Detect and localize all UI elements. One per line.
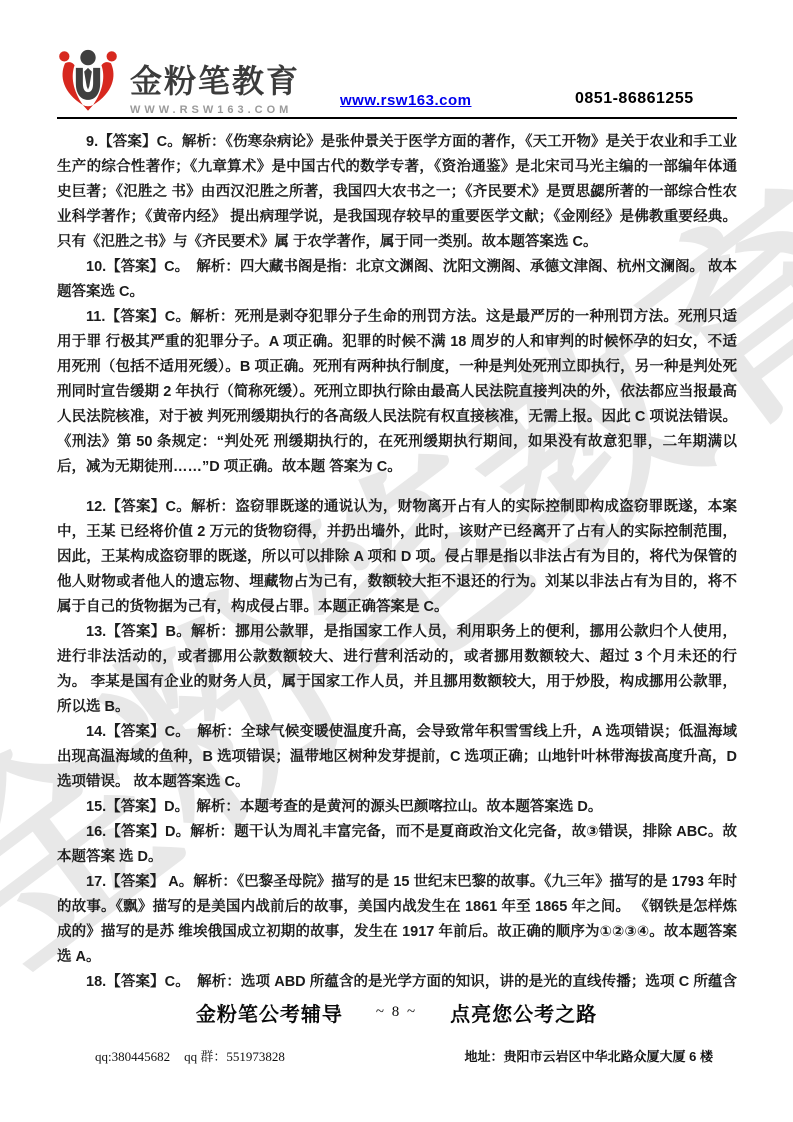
brand-text-block: 金粉笔教育 WWW.RSW163.COM (130, 47, 300, 116)
answer-paragraph-16: 16.【答案】D。解析：题干认为周礼丰富完备，而不是夏商政治文化完备，故③错误，… (57, 820, 737, 870)
footer-contact-row: qq:380445682qq 群：551973828 地址：贵阳市云岩区中华北路… (95, 1046, 713, 1065)
phone-number: 0851-86861255 (575, 90, 694, 108)
brand-logo: 金粉笔教育 WWW.RSW163.COM (56, 47, 300, 116)
answer-paragraph-18: 18.【答案】C。 解析：选项 ABD 所蕴含的是光学方面的知识，讲的是光的直线… (57, 970, 737, 992)
answer-paragraph-10: 10.【答案】C。 解析：四大藏书阁是指：北京文渊阁、沈阳文溯阁、承德文津阁、杭… (57, 255, 737, 305)
header-divider (57, 117, 737, 119)
footer-qq-group: qq 群：551973828 (184, 1049, 285, 1064)
answer-paragraph-11: 11.【答案】C。解析：死刑是剥夺犯罪分子生命的刑罚方法。这是最严厉的一种刑罚方… (57, 305, 737, 480)
footer-address: 地址：贵阳市云岩区中华北路众厦大厦 6 楼 (465, 1046, 713, 1065)
footer-banner: 金粉笔公考辅导 ~ 8 ~ 点亮您公考之路 (0, 998, 793, 1027)
brand-mark-icon (56, 47, 120, 113)
brand-name: 金粉笔教育 (130, 65, 300, 99)
footer-slogan: 点亮您公考之路 (450, 998, 597, 1027)
answer-paragraph-14: 14.【答案】C。 解析：全球气候变暖使温度升高，会导致常年积雪雪线上升，A 选… (57, 720, 737, 795)
answer-paragraph-12: 12.【答案】C。解析：盗窃罪既遂的通说认为，财物离开占有人的实际控制即构成盗窃… (57, 495, 737, 620)
answer-paragraph-17: 17.【答案】 A。解析：《巴黎圣母院》描写的是 15 世纪末巴黎的故事。《九三… (57, 870, 737, 970)
answer-paragraph-13: 13.【答案】B。解析：挪用公款罪，是指国家工作人员，利用职务上的便利，挪用公款… (57, 620, 737, 720)
page-header: 金粉笔教育 WWW.RSW163.COM www.rsw163.com 0851… (0, 0, 793, 120)
answer-paragraph-9: 9.【答案】C。解析：《伤寒杂病论》是张仲景关于医学方面的著作，《天工开物》是关… (57, 130, 737, 255)
website-link[interactable]: www.rsw163.com (340, 92, 472, 109)
footer-brand: 金粉笔公考辅导 (196, 998, 343, 1027)
answer-paragraph-15: 15.【答案】D。 解析：本题考查的是黄河的源头巴颜喀拉山。故本题答案选 D。 (57, 795, 737, 820)
document-page: 金粉笔教育 金粉笔教育 WWW.RSW163.COM (0, 0, 793, 1122)
footer-qq-block: qq:380445682qq 群：551973828 (95, 1046, 285, 1065)
footer-qq: qq:380445682 (95, 1049, 170, 1064)
answers-section: 9.【答案】C。解析：《伤寒杂病论》是张仲景关于医学方面的著作，《天工开物》是关… (57, 130, 737, 992)
page-number: ~ 8 ~ (376, 1004, 417, 1021)
brand-site-url: WWW.RSW163.COM (130, 104, 300, 116)
